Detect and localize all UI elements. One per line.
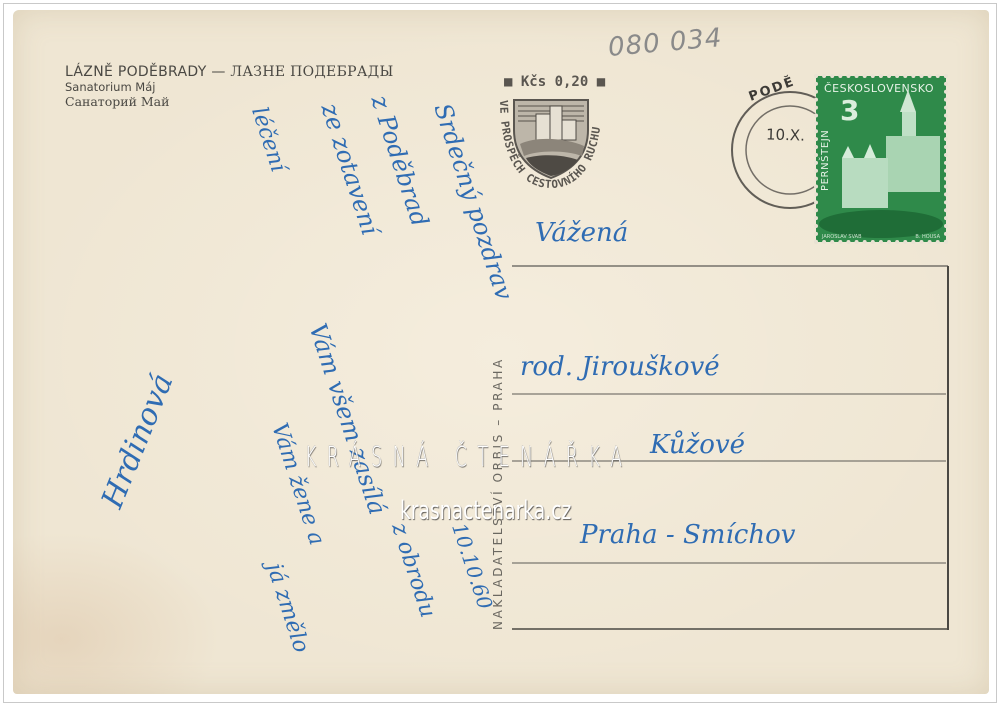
postmark-date: 10.X. [766, 125, 806, 144]
stamp-engraver: B. HOUSA [915, 234, 940, 240]
address-line-3: Kůžové [650, 430, 745, 460]
postage-stamp: ČESKOSLOVENSKO 3 PERNŠTEJN JAROSLAV SVAB… [816, 76, 946, 242]
address-line-1: Vážená [535, 218, 628, 248]
address-line-4: Praha - Smíchov [580, 520, 795, 550]
watermark-title: KRÁSNÁ ČTENÁŘKA [305, 440, 633, 473]
watermark-url: krasnactenarka.cz [400, 496, 571, 526]
address-line-2: rod. Jirouškové [520, 352, 720, 382]
stamp-designer: JAROSLAV SVAB [822, 234, 862, 240]
castle-icon [816, 76, 946, 242]
